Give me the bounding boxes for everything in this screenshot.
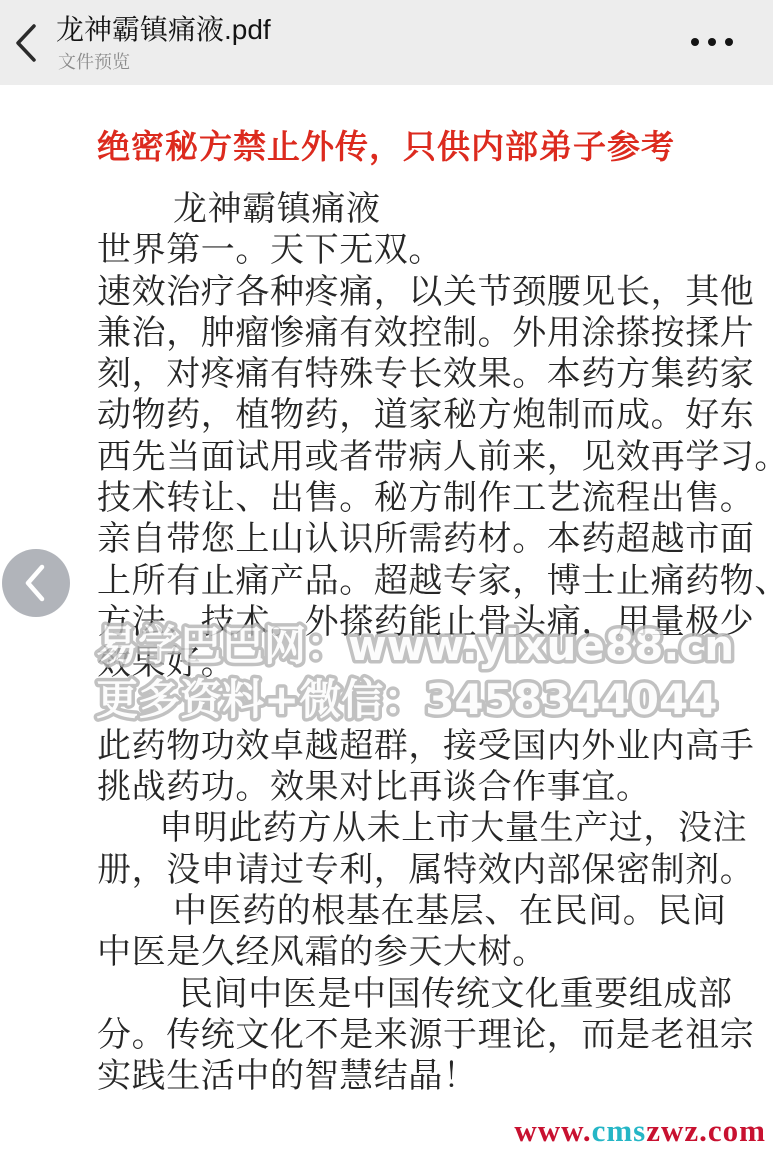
footer-url: www.cmszwz.com [514,1113,766,1149]
file-preview-screen: { "header": { "title": "龙神霸镇痛液.pdf", "su… [0,0,773,1154]
document-line: 民间中医是中国传统文化重要组成部 [97,974,773,1015]
file-title: 龙神霸镇痛液.pdf [56,8,271,48]
previous-page-button[interactable] [2,549,70,617]
back-button[interactable] [8,20,44,66]
chevron-left-icon [2,549,70,617]
document-viewport[interactable]: 绝密秘方禁止外传，只供内部弟子参考 龙神霸镇痛液世界第一。天下无双。速效治疗各种… [0,85,773,1154]
more-options-icon[interactable] [689,34,735,50]
document-line [97,685,773,726]
document-line: 亲自带您上山认识所需药材。本药超越市面 [97,519,773,560]
document-line: 实践生活中的智慧结晶！ [97,1056,773,1097]
document-line: 龙神霸镇痛液 [97,189,773,230]
document-line: 西先当面试用或者带病人前来，见效再学习。 [97,437,773,478]
document-headline: 绝密秘方禁止外传，只供内部弟子参考 [97,121,675,168]
document-line: 兼治，肿瘤惨痛有效控制。外用涂搽按揉片 [97,313,773,354]
document-line: 申明此药方从未上市大量生产过，没注 [97,808,773,849]
document-lines: 龙神霸镇痛液世界第一。天下无双。速效治疗各种疼痛，以关节颈腰见长，其他兼治，肿瘤… [97,189,773,1098]
footer-url-segment: zwz.com [646,1113,766,1148]
document-line: 效果好。 [97,643,773,684]
document-line: 册，没申请过专利，属特效内部保密制剂。 [97,850,773,891]
document-line: 中医药的根基在基层、在民间。民间 [97,891,773,932]
document-line: 分。传统文化不是来源于理论，而是老祖宗 [97,1015,773,1056]
footer-url-segment: cms [592,1113,647,1148]
chevron-left-icon [13,22,39,64]
document-line: 动物药，植物药，道家秘方炮制而成。好东 [97,395,773,436]
footer-url-segment: www. [514,1113,591,1148]
document-line: 速效治疗各种疼痛，以关节颈腰见长，其他 [97,272,773,313]
document-line: 方法、技术。外搽药能止骨头痛，用量极少 [97,602,773,643]
document-line: 上所有止痛产品。超越专家，博士止痛药物、 [97,561,773,602]
document-line: 此药物功效卓越超群，接受国内外业内高手 [97,726,773,767]
document-line: 中医是久经风霜的参天大树。 [97,932,773,973]
document-line: 技术转让、出售。秘方制作工艺流程出售。 [97,478,773,519]
header-bar: 龙神霸镇痛液.pdf 文件预览 [0,0,773,85]
document-line: 挑战药功。效果对比再谈合作事宜。 [97,767,773,808]
preview-label: 文件预览 [58,48,130,74]
document-line: 世界第一。天下无双。 [97,230,773,271]
document-line: 刻，对疼痛有特殊专长效果。本药方集药家 [97,354,773,395]
